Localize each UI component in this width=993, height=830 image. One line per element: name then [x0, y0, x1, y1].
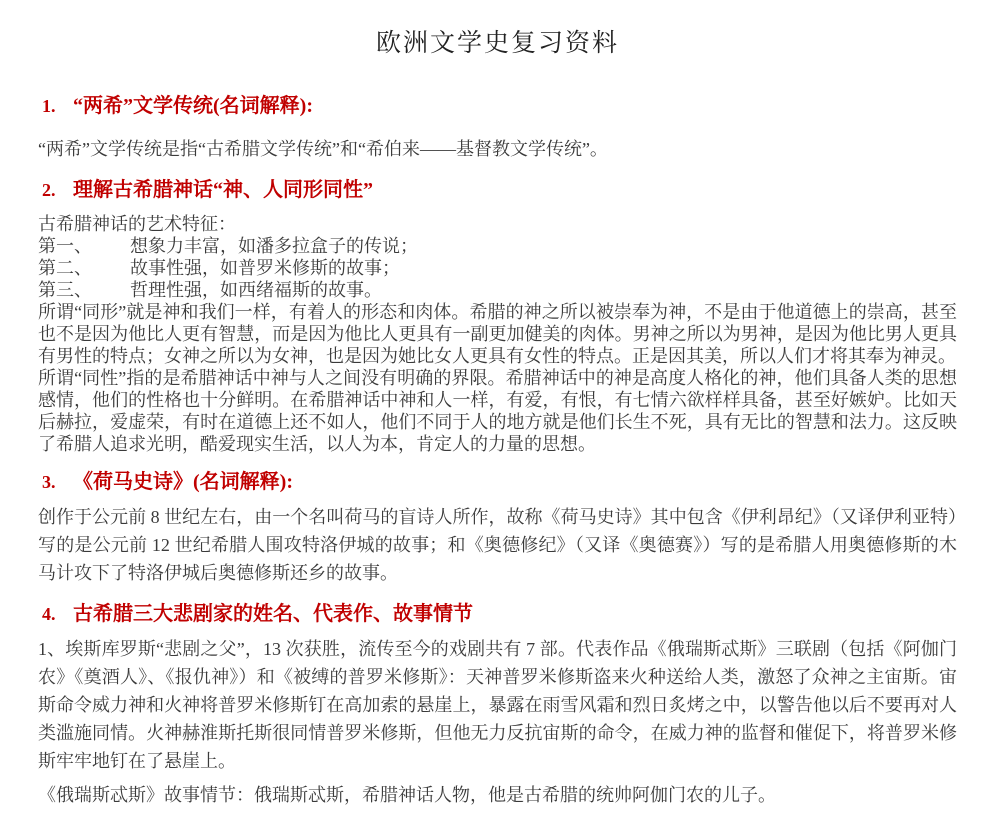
section-3-heading: 3. 《荷马史诗》(名词解释):	[38, 469, 957, 495]
section-4-paragraph-aeschylus: 1、埃斯库罗斯“悲剧之父”，13 次获胜，流传至今的戏剧共有 7 部。代表作品《…	[38, 635, 957, 775]
section-4-paragraph-orestes: 《俄瑞斯忒斯》故事情节：俄瑞斯忒斯，希腊神话人物，他是古希腊的统帅阿伽门农的儿子…	[38, 784, 957, 806]
section-4-heading: 4. 古希腊三大悲剧家的姓名、代表作、故事情节	[38, 601, 957, 627]
section-3-heading-text: 《荷马史诗》(名词解释):	[73, 469, 293, 495]
feature-text: 想象力丰富，如潘多拉盒子的传说；	[130, 235, 418, 257]
feature-text: 故事性强，如普罗米修斯的故事；	[130, 257, 400, 279]
feature-text: 哲理性强，如西绪福斯的故事。	[130, 279, 382, 301]
document-body: 欧洲文学史复习资料 1. “两希”文学传统(名词解释): “两希”文学传统是指“…	[0, 0, 993, 806]
section-4-heading-text: 古希腊三大悲剧家的姓名、代表作、故事情节	[73, 601, 473, 627]
feature-marker: 第二、	[38, 257, 130, 279]
feature-list-item: 第一、 想象力丰富，如潘多拉盒子的传说；	[38, 235, 957, 257]
section-3-number: 3.	[42, 469, 73, 495]
section-2-paragraph-same-nature: 所谓“同性”指的是希腊神话中神与人之间没有明确的界限。希腊神话中的神是高度人格化…	[38, 367, 957, 455]
feature-list-item: 第二、 故事性强，如普罗米修斯的故事；	[38, 257, 957, 279]
section-2-intro: 古希腊神话的艺术特征：	[38, 213, 957, 235]
section-2-paragraph-same-form: 所谓“同形”就是神和我们一样，有着人的形态和肉体。希腊的神之所以被崇奉为神，不是…	[38, 301, 957, 367]
feature-marker: 第三、	[38, 279, 130, 301]
section-2-heading-text: 理解古希腊神话“神、人同形同性”	[73, 177, 373, 203]
feature-list-item: 第三、 哲理性强，如西绪福斯的故事。	[38, 279, 957, 301]
section-1-heading: 1. “两希”文学传统(名词解释):	[38, 93, 957, 119]
section-1-paragraph: “两希”文学传统是指“古希腊文学传统”和“希伯来——基督教文学传统”。	[38, 138, 957, 160]
document-page: 欧洲文学史复习资料 1. “两希”文学传统(名词解释): “两希”文学传统是指“…	[0, 0, 993, 830]
section-2-heading: 2. 理解古希腊神话“神、人同形同性”	[38, 177, 957, 203]
section-1-number: 1.	[42, 93, 73, 119]
section-4-number: 4.	[42, 601, 73, 627]
section-2-number: 2.	[42, 177, 73, 203]
section-1-heading-text: “两希”文学传统(名词解释):	[73, 93, 313, 119]
feature-marker: 第一、	[38, 235, 130, 257]
doc-title: 欧洲文学史复习资料	[38, 0, 957, 60]
section-3-paragraph: 创作于公元前 8 世纪左右，由一个名叫荷马的盲诗人所作，故称《荷马史诗》其中包含…	[38, 503, 957, 587]
